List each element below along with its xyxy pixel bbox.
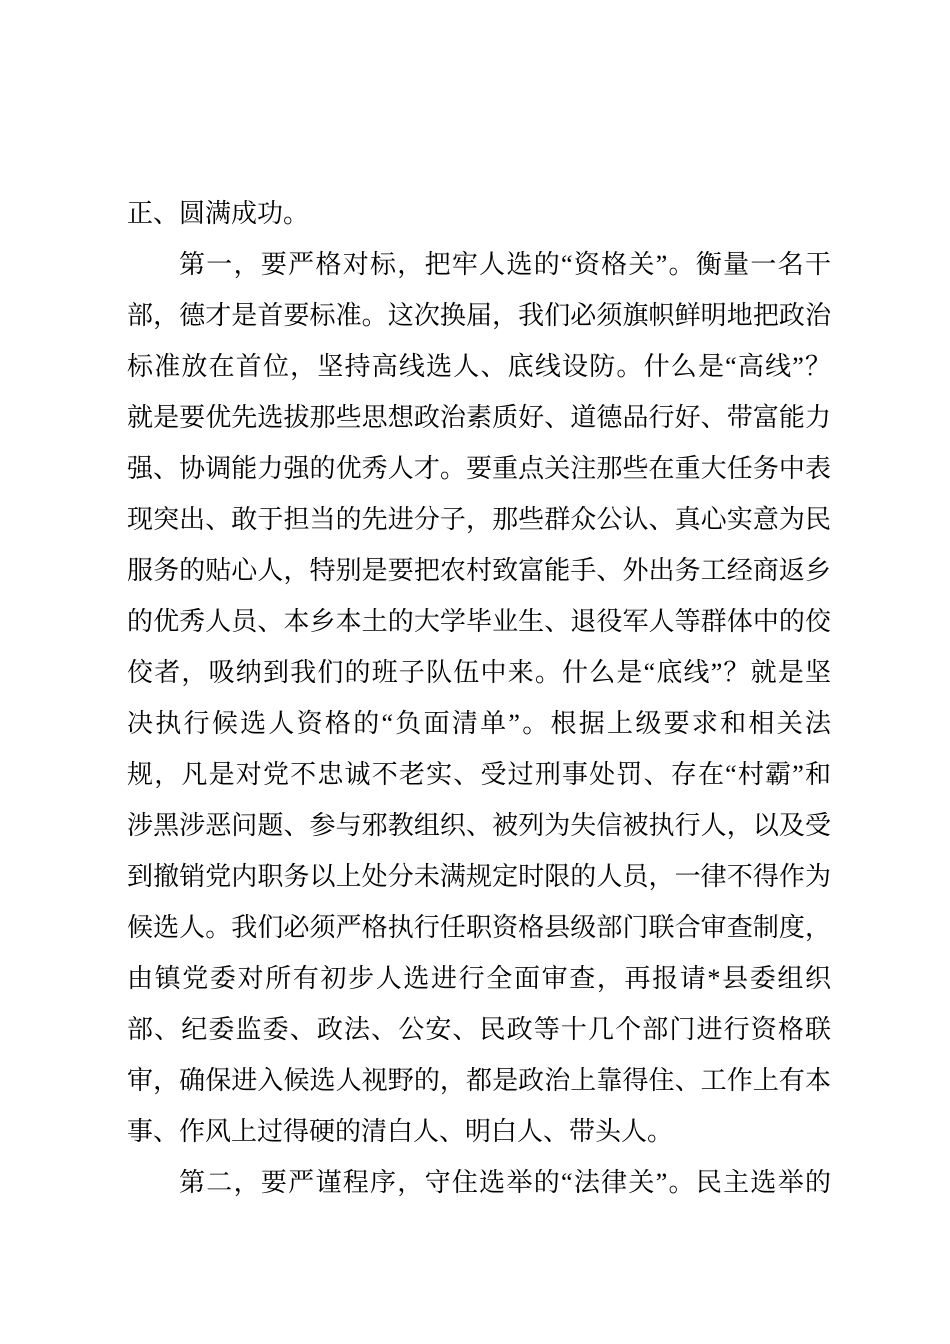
text-line: 部、纪委监委、政法、公安、民政等十几个部门进行资格联: [127, 1004, 831, 1055]
text-line: 审，确保进入候选人视野的，都是政治上靠得住、工作上有本: [127, 1055, 831, 1106]
text-line: 正、圆满成功。: [127, 188, 831, 239]
text-line: 部，德才是首要标准。这次换届，我们必须旗帜鲜明地把政治: [127, 290, 831, 341]
text-line: 决执行候选人资格的“负面清单”。根据上级要求和相关法: [127, 698, 831, 749]
text-line: 第一，要严格对标，把牢人选的“资格关”。衡量一名干: [127, 239, 831, 290]
text-line: 佼者，吸纳到我们的班子队伍中来。什么是“底线”？就是坚: [127, 647, 831, 698]
text-line: 由镇党委对所有初步人选进行全面审查，再报请*县委组织: [127, 953, 831, 1004]
text-line: 服务的贴心人，特别是要把农村致富能手、外出务工经商返乡: [127, 545, 831, 596]
text-line: 强、协调能力强的优秀人才。要重点关注那些在重大任务中表: [127, 443, 831, 494]
text-line: 现突出、敢于担当的先进分子，那些群众公认、真心实意为民: [127, 494, 831, 545]
paragraph: 第一，要严格对标，把牢人选的“资格关”。衡量一名干 部，德才是首要标准。这次换届…: [127, 239, 831, 1157]
text-line: 事、作风上过得硬的清白人、明白人、带头人。: [127, 1106, 831, 1157]
text-line: 标准放在首位，坚持高线选人、底线设防。什么是“高线”？: [127, 341, 831, 392]
document-page: 正、圆满成功。 第一，要严格对标，把牢人选的“资格关”。衡量一名干 部，德才是首…: [0, 0, 950, 1344]
text-line: 候选人。我们必须严格执行任职资格县级部门联合审查制度，: [127, 902, 831, 953]
text-line: 第二，要严谨程序，守住选举的“法律关”。民主选举的: [127, 1157, 831, 1208]
document-text-block: 正、圆满成功。 第一，要严格对标，把牢人选的“资格关”。衡量一名干 部，德才是首…: [127, 188, 831, 1208]
text-line: 到撤销党内职务以上处分未满规定时限的人员，一律不得作为: [127, 851, 831, 902]
paragraph: 第二，要严谨程序，守住选举的“法律关”。民主选举的: [127, 1157, 831, 1208]
paragraph: 正、圆满成功。: [127, 188, 831, 239]
text-line: 规，凡是对党不忠诚不老实、受过刑事处罚、存在“村霸”和: [127, 749, 831, 800]
text-line: 涉黑涉恶问题、参与邪教组织、被列为失信被执行人，以及受: [127, 800, 831, 851]
text-line: 就是要优先选拔那些思想政治素质好、道德品行好、带富能力: [127, 392, 831, 443]
text-line: 的优秀人员、本乡本土的大学毕业生、退役军人等群体中的佼: [127, 596, 831, 647]
